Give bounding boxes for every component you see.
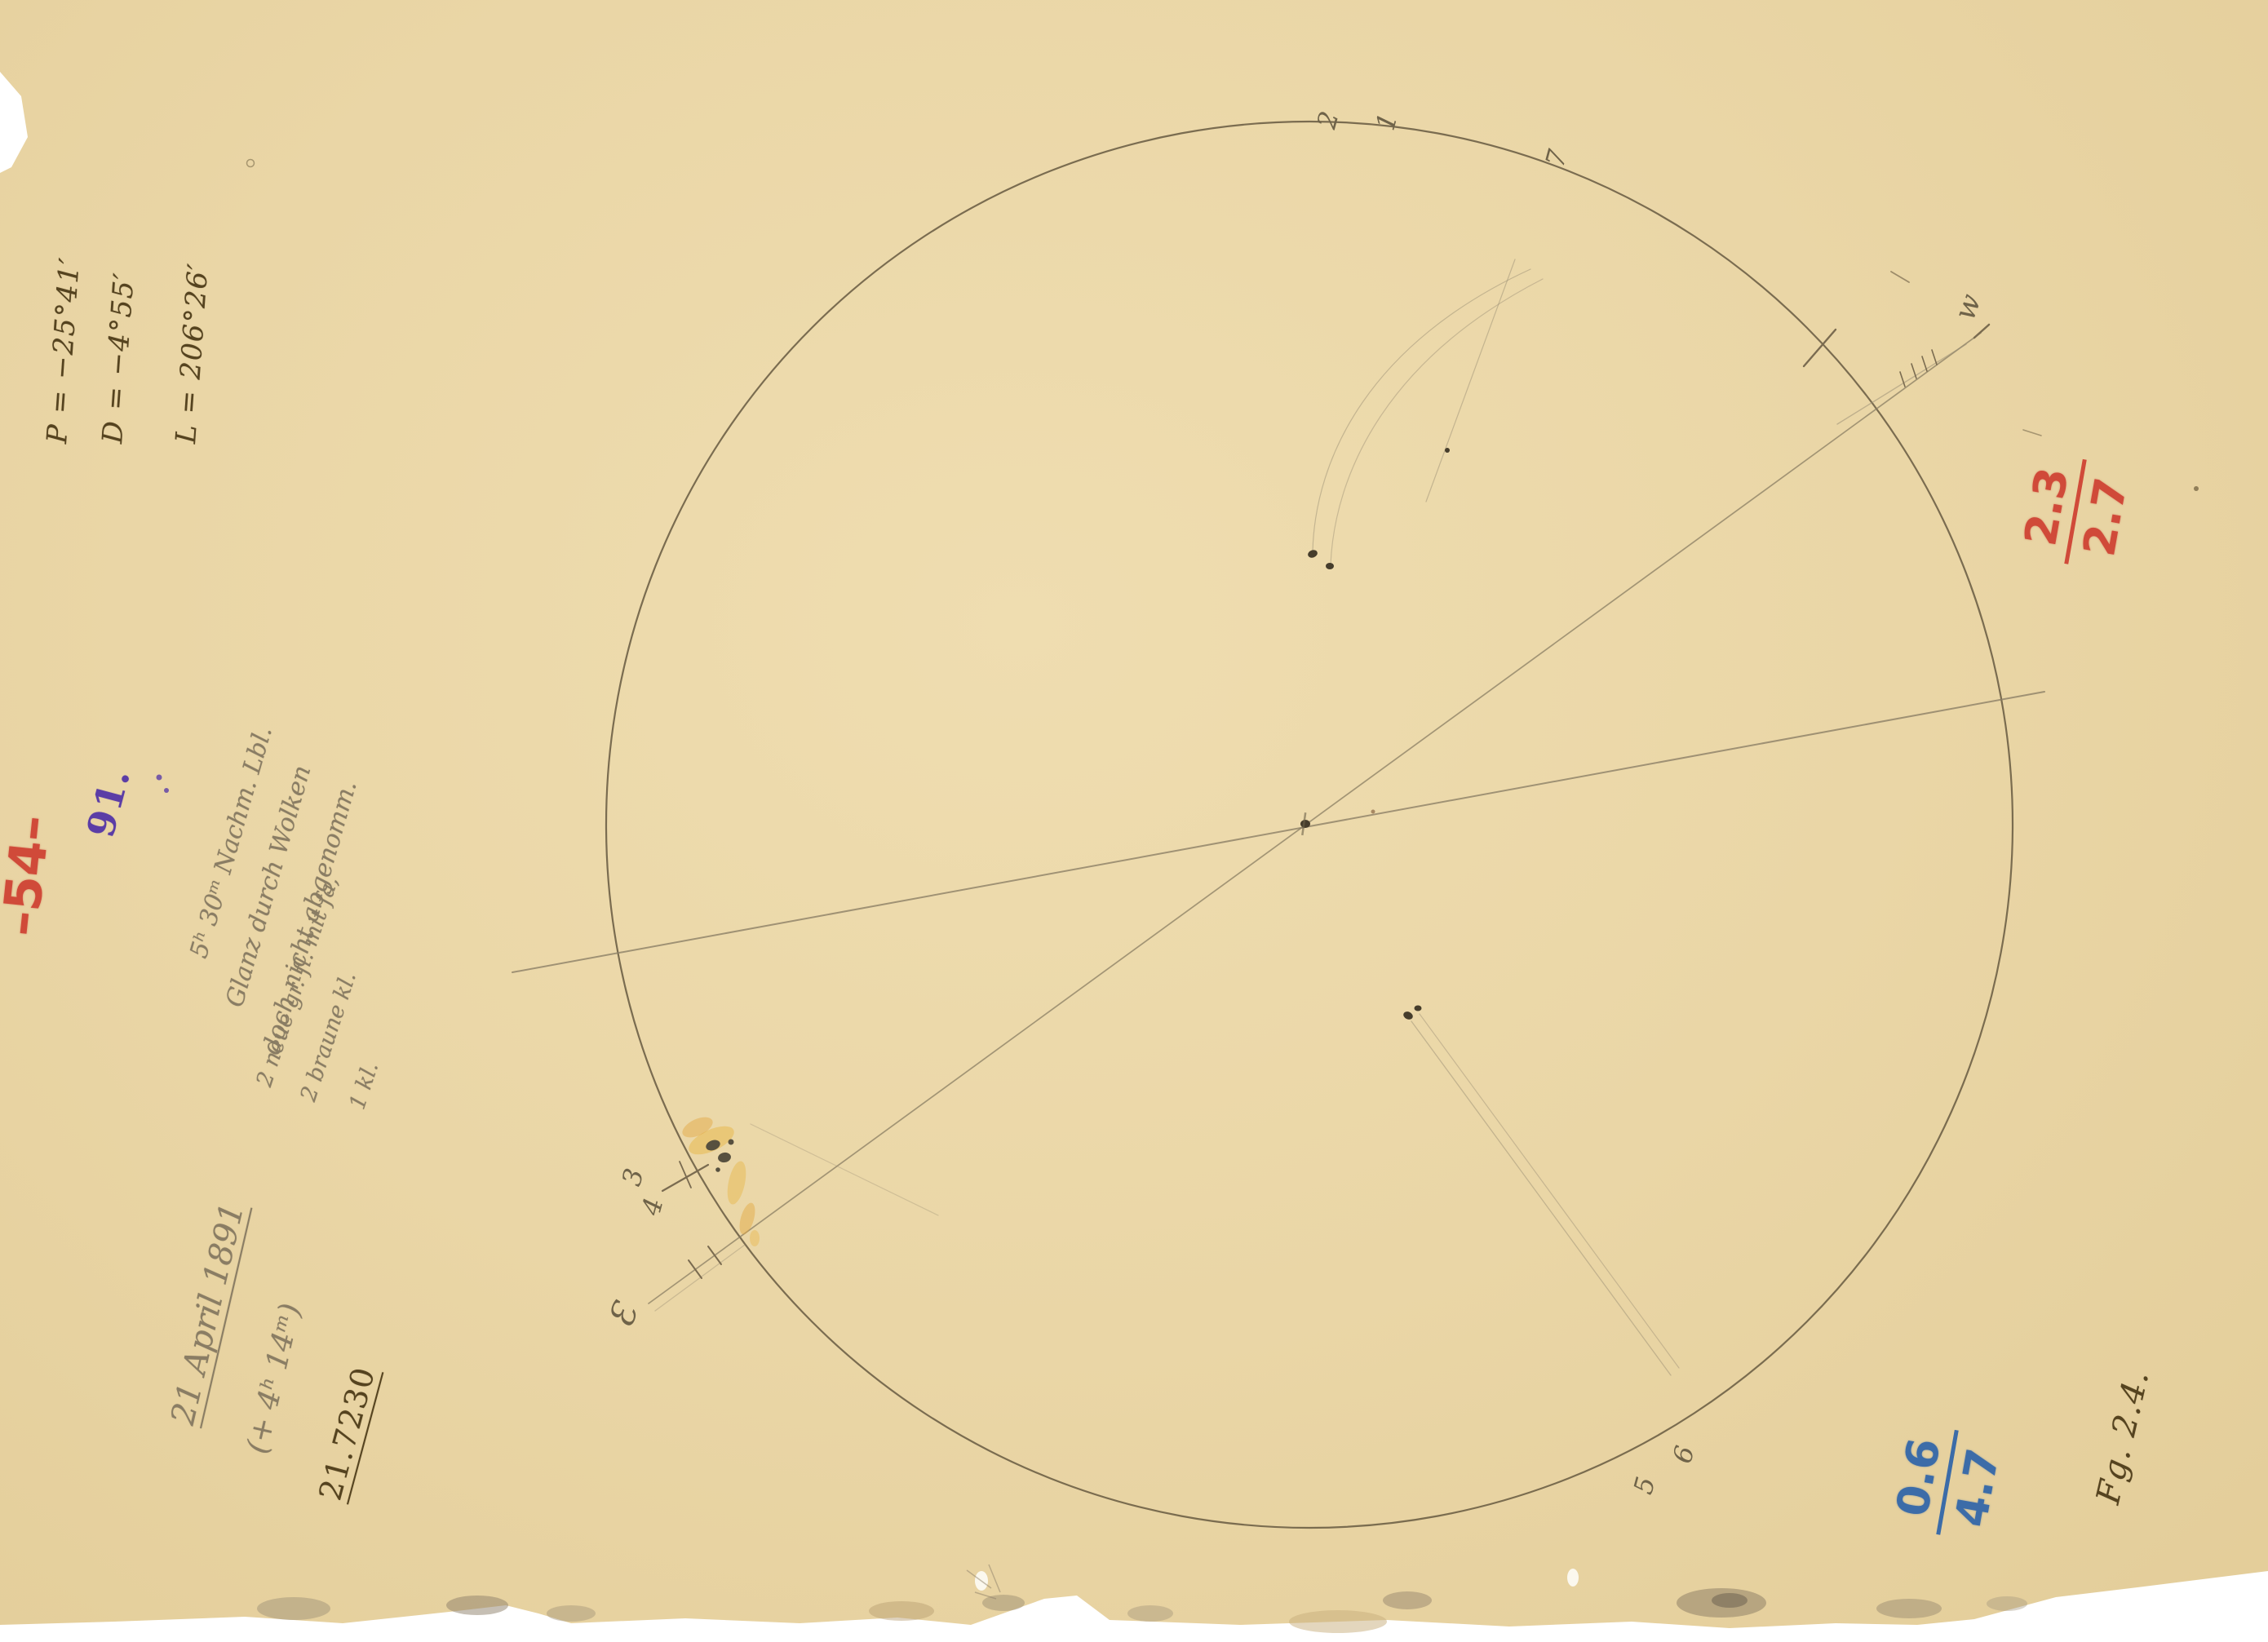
- limb-number-labels: 2 1 7 w Ɛ 3 4 6 5: [600, 108, 1988, 1498]
- limb-label-4: 4: [635, 1194, 669, 1219]
- sunspot-marks: [1300, 448, 1450, 1021]
- limb-label-5: 5: [1628, 1473, 1662, 1498]
- limb-label-6: 6: [1667, 1442, 1701, 1467]
- limb-label-east: Ɛ: [600, 1296, 646, 1333]
- end-bar-west: [1974, 325, 1989, 338]
- stamp-dots: [157, 775, 170, 794]
- red-fraction: 2.3 2.7: [2013, 450, 2140, 573]
- blue-fraction: 0.6 4.7: [1885, 1421, 2012, 1544]
- hatch-ticks: [662, 272, 2041, 1278]
- limb-label-3: 3: [616, 1165, 650, 1189]
- limb-label-2: 2: [1310, 108, 1344, 132]
- scanned-observation-sheet: 2 1 7 w Ɛ 3 4 6 5 P = −25°41′ D = −4°55′…: [0, 0, 2268, 1642]
- yellow-crayon-faculae: [680, 1113, 760, 1246]
- limb-label-1: 1: [1370, 109, 1404, 134]
- limb-spot-group: [704, 1138, 733, 1172]
- shallow-diameter-line: [512, 692, 2044, 972]
- limb-label-w: w: [1948, 290, 1988, 325]
- limb-label-7: 7: [1539, 146, 1574, 170]
- paper-stains: [247, 160, 2199, 1634]
- steep-diameter-line: [649, 333, 1981, 1303]
- spot-trail-lines: [1313, 259, 1679, 1375]
